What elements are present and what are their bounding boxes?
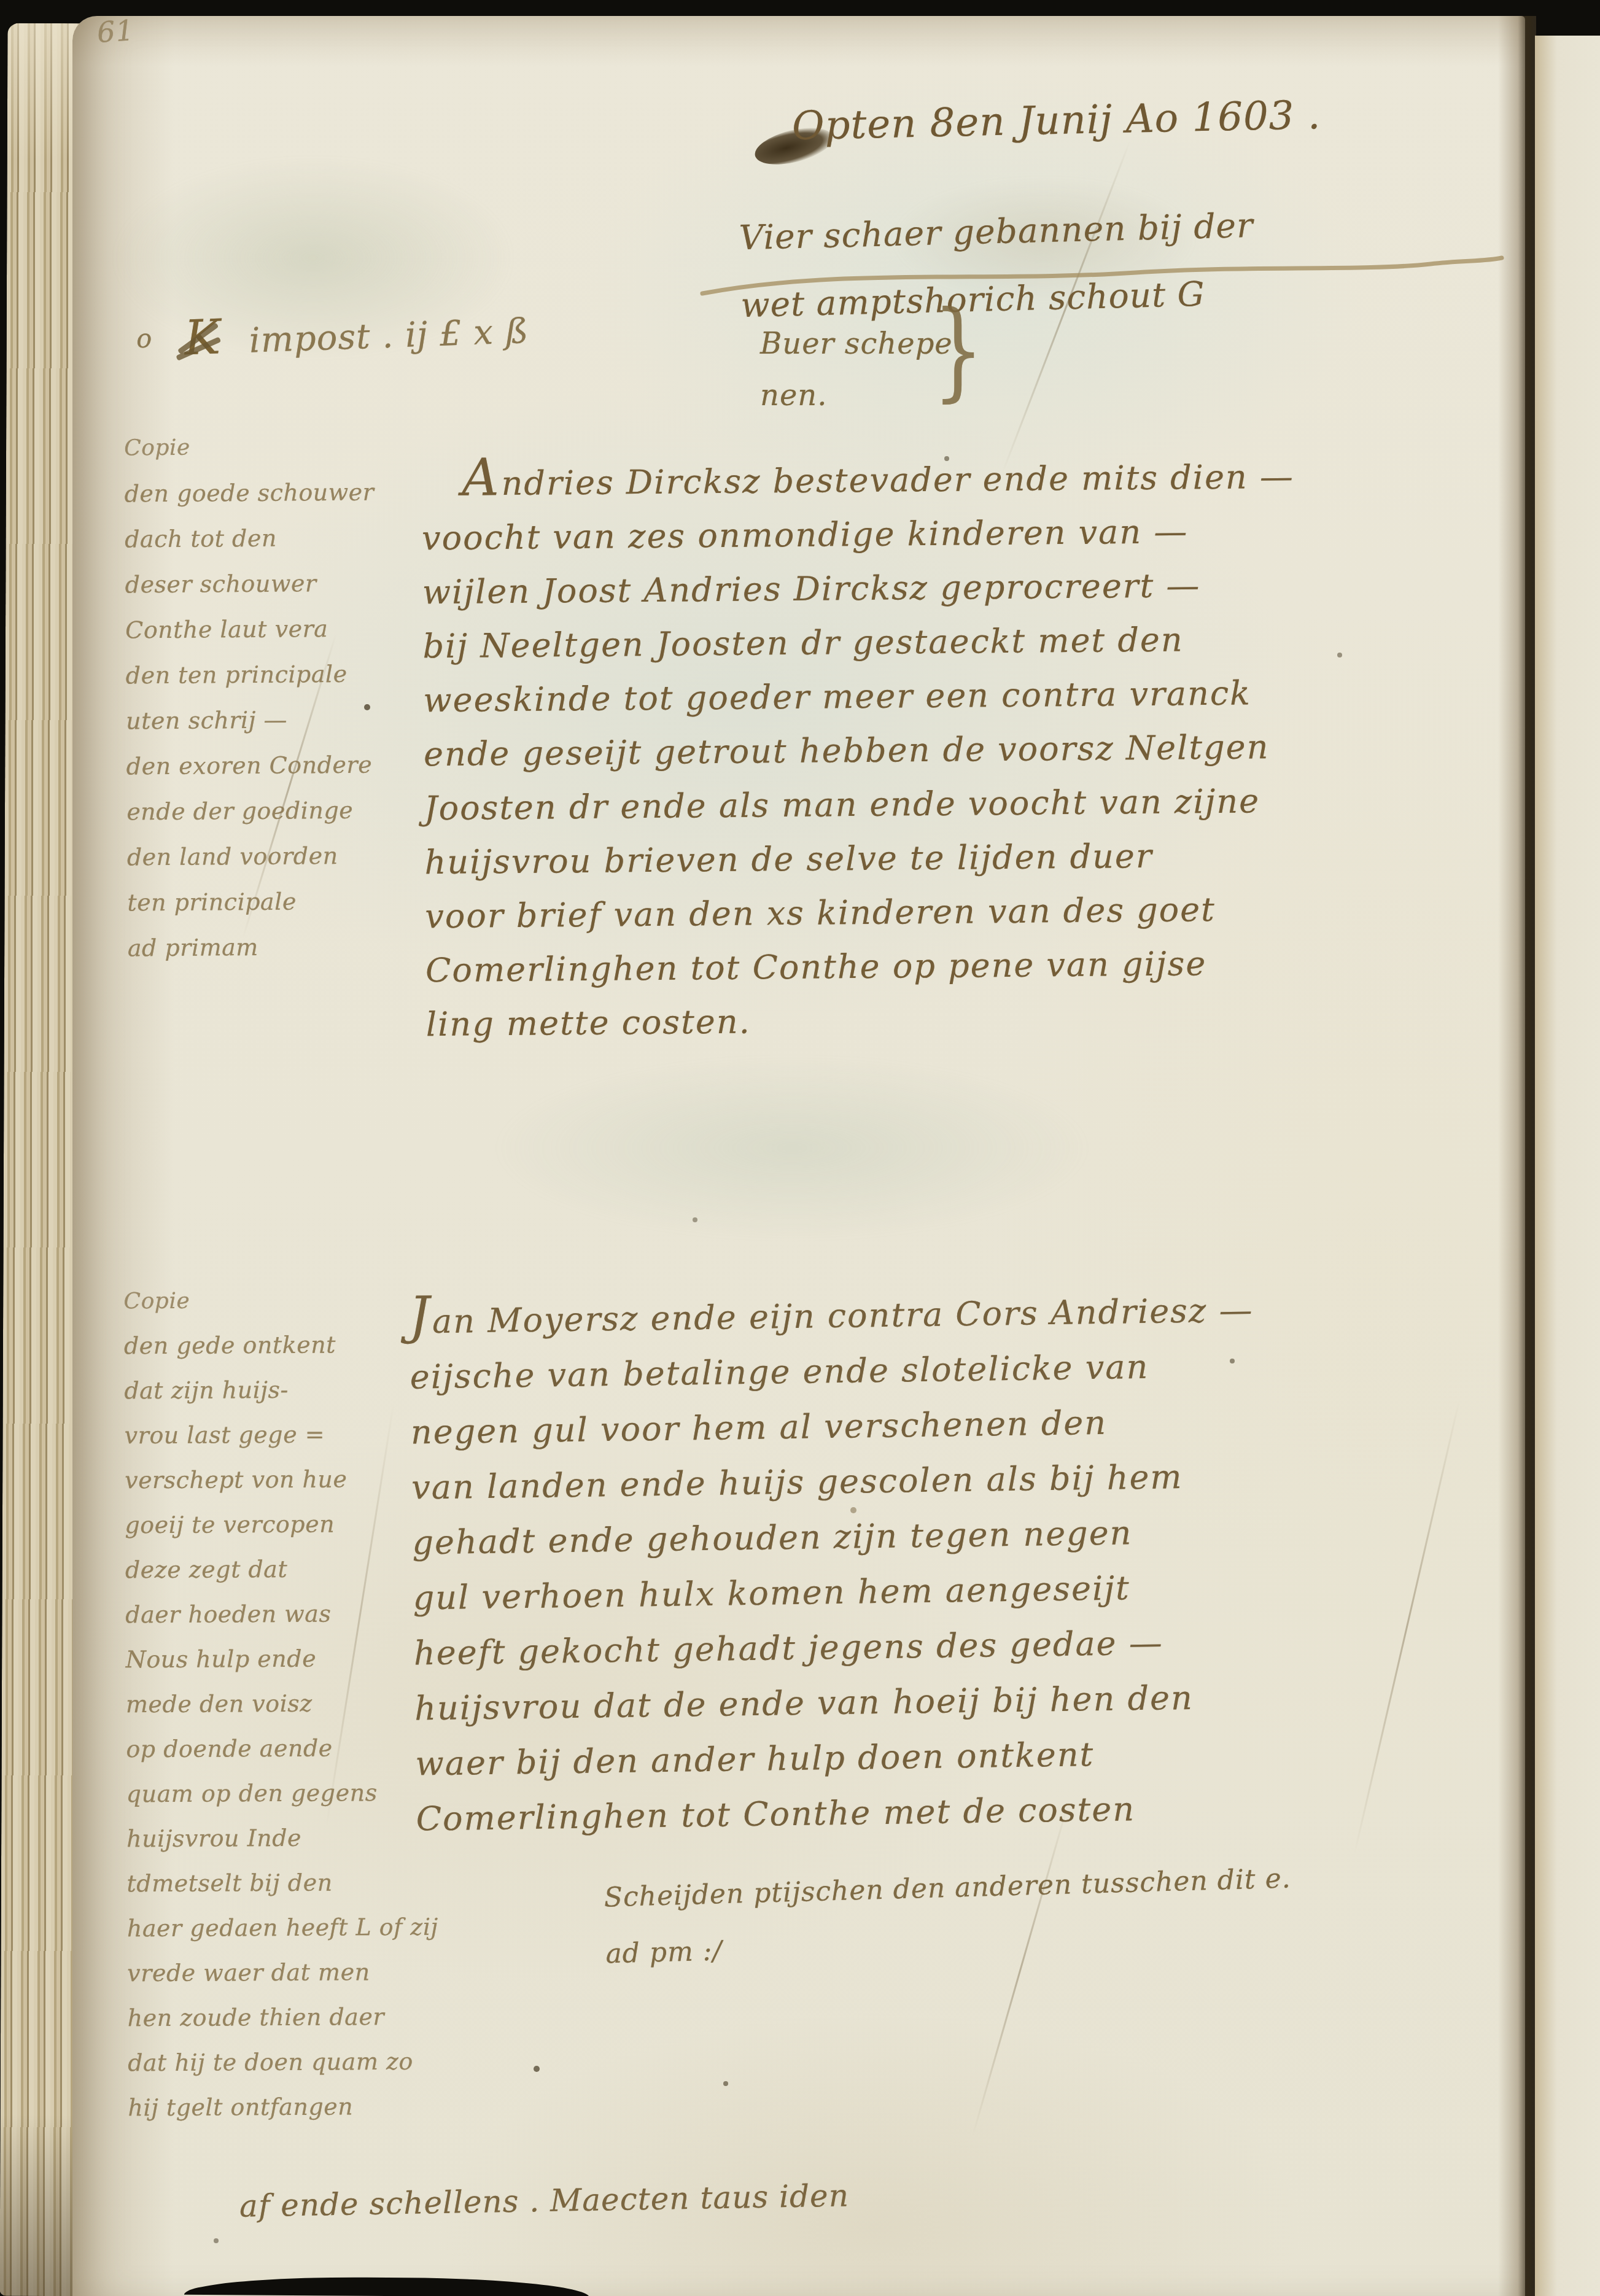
margin-line: dach tot den (125, 515, 375, 562)
margin-line: quam op den gegens (126, 1770, 438, 1817)
margin-line: verschept von hue (125, 1457, 436, 1503)
manuscript-line: bij Neeltgen Joosten dr gestaeckt met de… (422, 612, 1295, 673)
manuscript-line: ende geseijt getrout hebben de voorsz Ne… (424, 720, 1297, 781)
margin-line: vrede waer dat men (127, 1950, 438, 1996)
manuscript-line: Andries Dircksz bestevader ende mits die… (421, 443, 1294, 511)
binding-gutter-shadow (1498, 16, 1536, 2296)
manuscript-line: voocht van zes onmondige kinderen van — (422, 504, 1295, 565)
margin-line: deze zegt dat (125, 1546, 437, 1593)
entry-1-body: Andries Dircksz bestevader ende mits die… (421, 443, 1299, 1052)
margin-line: Nous hulp ende (125, 1636, 437, 1683)
court-label-line: nen. (760, 370, 953, 421)
manuscript-line: Comerlinghen tot Conthe op pene van gijs… (425, 936, 1299, 998)
margin-line: vrou last gege = (125, 1412, 436, 1459)
folio-number: 61 (96, 14, 135, 49)
manuscript-line: gehadt ende gehouden zijn tegen negen (412, 1503, 1257, 1570)
margin-line: daer hoeden was (125, 1591, 437, 1638)
verdict-note: Scheijden ptijschen den anderen tusschen… (604, 1850, 1294, 1982)
margin-line: uten schrij — (126, 697, 376, 744)
margin-line: goeij te vercopen (125, 1502, 436, 1548)
court-label-line: Buer schepe (760, 318, 953, 370)
margin-line: hij tgelt ontfangen (128, 2084, 439, 2131)
session-note-line: Vier schaer gebannen bij der (738, 192, 1254, 271)
margin-line: den land voorden (127, 833, 377, 880)
entry-2-body: Jan Moyersz ende eijn contra Cors Andrie… (409, 1276, 1261, 1847)
margin-copie-label: Copie (124, 424, 374, 471)
facing-page-sliver (1535, 36, 1600, 2296)
manuscript-line: voor brief van den xs kinderen van des g… (425, 882, 1298, 944)
manuscript-line: weeskinde tot goeder meer een contra vra… (423, 666, 1296, 727)
margin-line: tdmetselt bij den (126, 1860, 438, 1907)
paper-specks (0, 0, 2, 2)
margin-line: dat hij te doen quam zo (128, 2039, 439, 2086)
brace-mark: } (933, 289, 984, 413)
margin-line: den exoren Condere (126, 742, 376, 789)
entry-2-margin-note: Copie den gede ontkent dat zijn huijs- v… (123, 1278, 439, 2131)
manuscript-line: huijsvrou dat de ende van hoeij bij hen … (414, 1669, 1259, 1736)
manuscript-line: Joosten dr ende als man ende voocht van … (424, 774, 1297, 836)
margin-line: deser schouwer (125, 560, 375, 608)
manuscript-line: huijsvrou brieven de selve te lijden due… (424, 828, 1297, 890)
margin-line: op doende aende (126, 1726, 437, 1772)
manuscript-line: ling mette costen. (426, 990, 1299, 1052)
margin-line: Conthe laut vera (125, 606, 375, 653)
manuscript-line: wijlen Joost Andries Dircksz geprocreert… (422, 558, 1295, 619)
session-note: Vier schaer gebannen bij der wet amptsho… (738, 192, 1256, 339)
ink-bleed-through (491, 1056, 1093, 1240)
margin-line: hen zoude thien daer (127, 1995, 438, 2041)
court-label: Buer schepe nen. (760, 318, 953, 421)
manuscript-line: Jan Moyersz ende eijn contra Cors Andrie… (409, 1276, 1254, 1349)
margin-line: ten principale (127, 878, 377, 926)
impost-prefix-mark: o (136, 323, 153, 354)
margin-copie-label: Copie (123, 1278, 435, 1324)
margin-line: dat zijn huijs- (124, 1367, 435, 1414)
margin-line: den gede ontkent (124, 1322, 435, 1369)
margin-line: mede den voisz (126, 1681, 437, 1728)
manuscript-scan-photo: { "page": { "folio_number": "61", "date_… (0, 0, 1600, 2296)
margin-line: ende der goedinge (126, 788, 376, 835)
struck-out-mark: K (184, 309, 222, 366)
margin-line: haer gedaen heeft L of zij (127, 1905, 438, 1952)
margin-line: den goede schouwer (124, 470, 374, 517)
manuscript-line: Comerlinghen tot Conthe met de costen (416, 1780, 1260, 1847)
margin-line: ad primam (128, 924, 378, 971)
manuscript-line: eijsche van betalinge ende slotelicke va… (410, 1338, 1254, 1405)
entry-1-margin-note: Copie den goede schouwer dach tot den de… (124, 424, 378, 971)
margin-line: huijsvrou Inde (126, 1815, 438, 1862)
margin-line: den ten principale (125, 651, 375, 699)
impost-text: impost . ij £ x ß (249, 311, 530, 361)
